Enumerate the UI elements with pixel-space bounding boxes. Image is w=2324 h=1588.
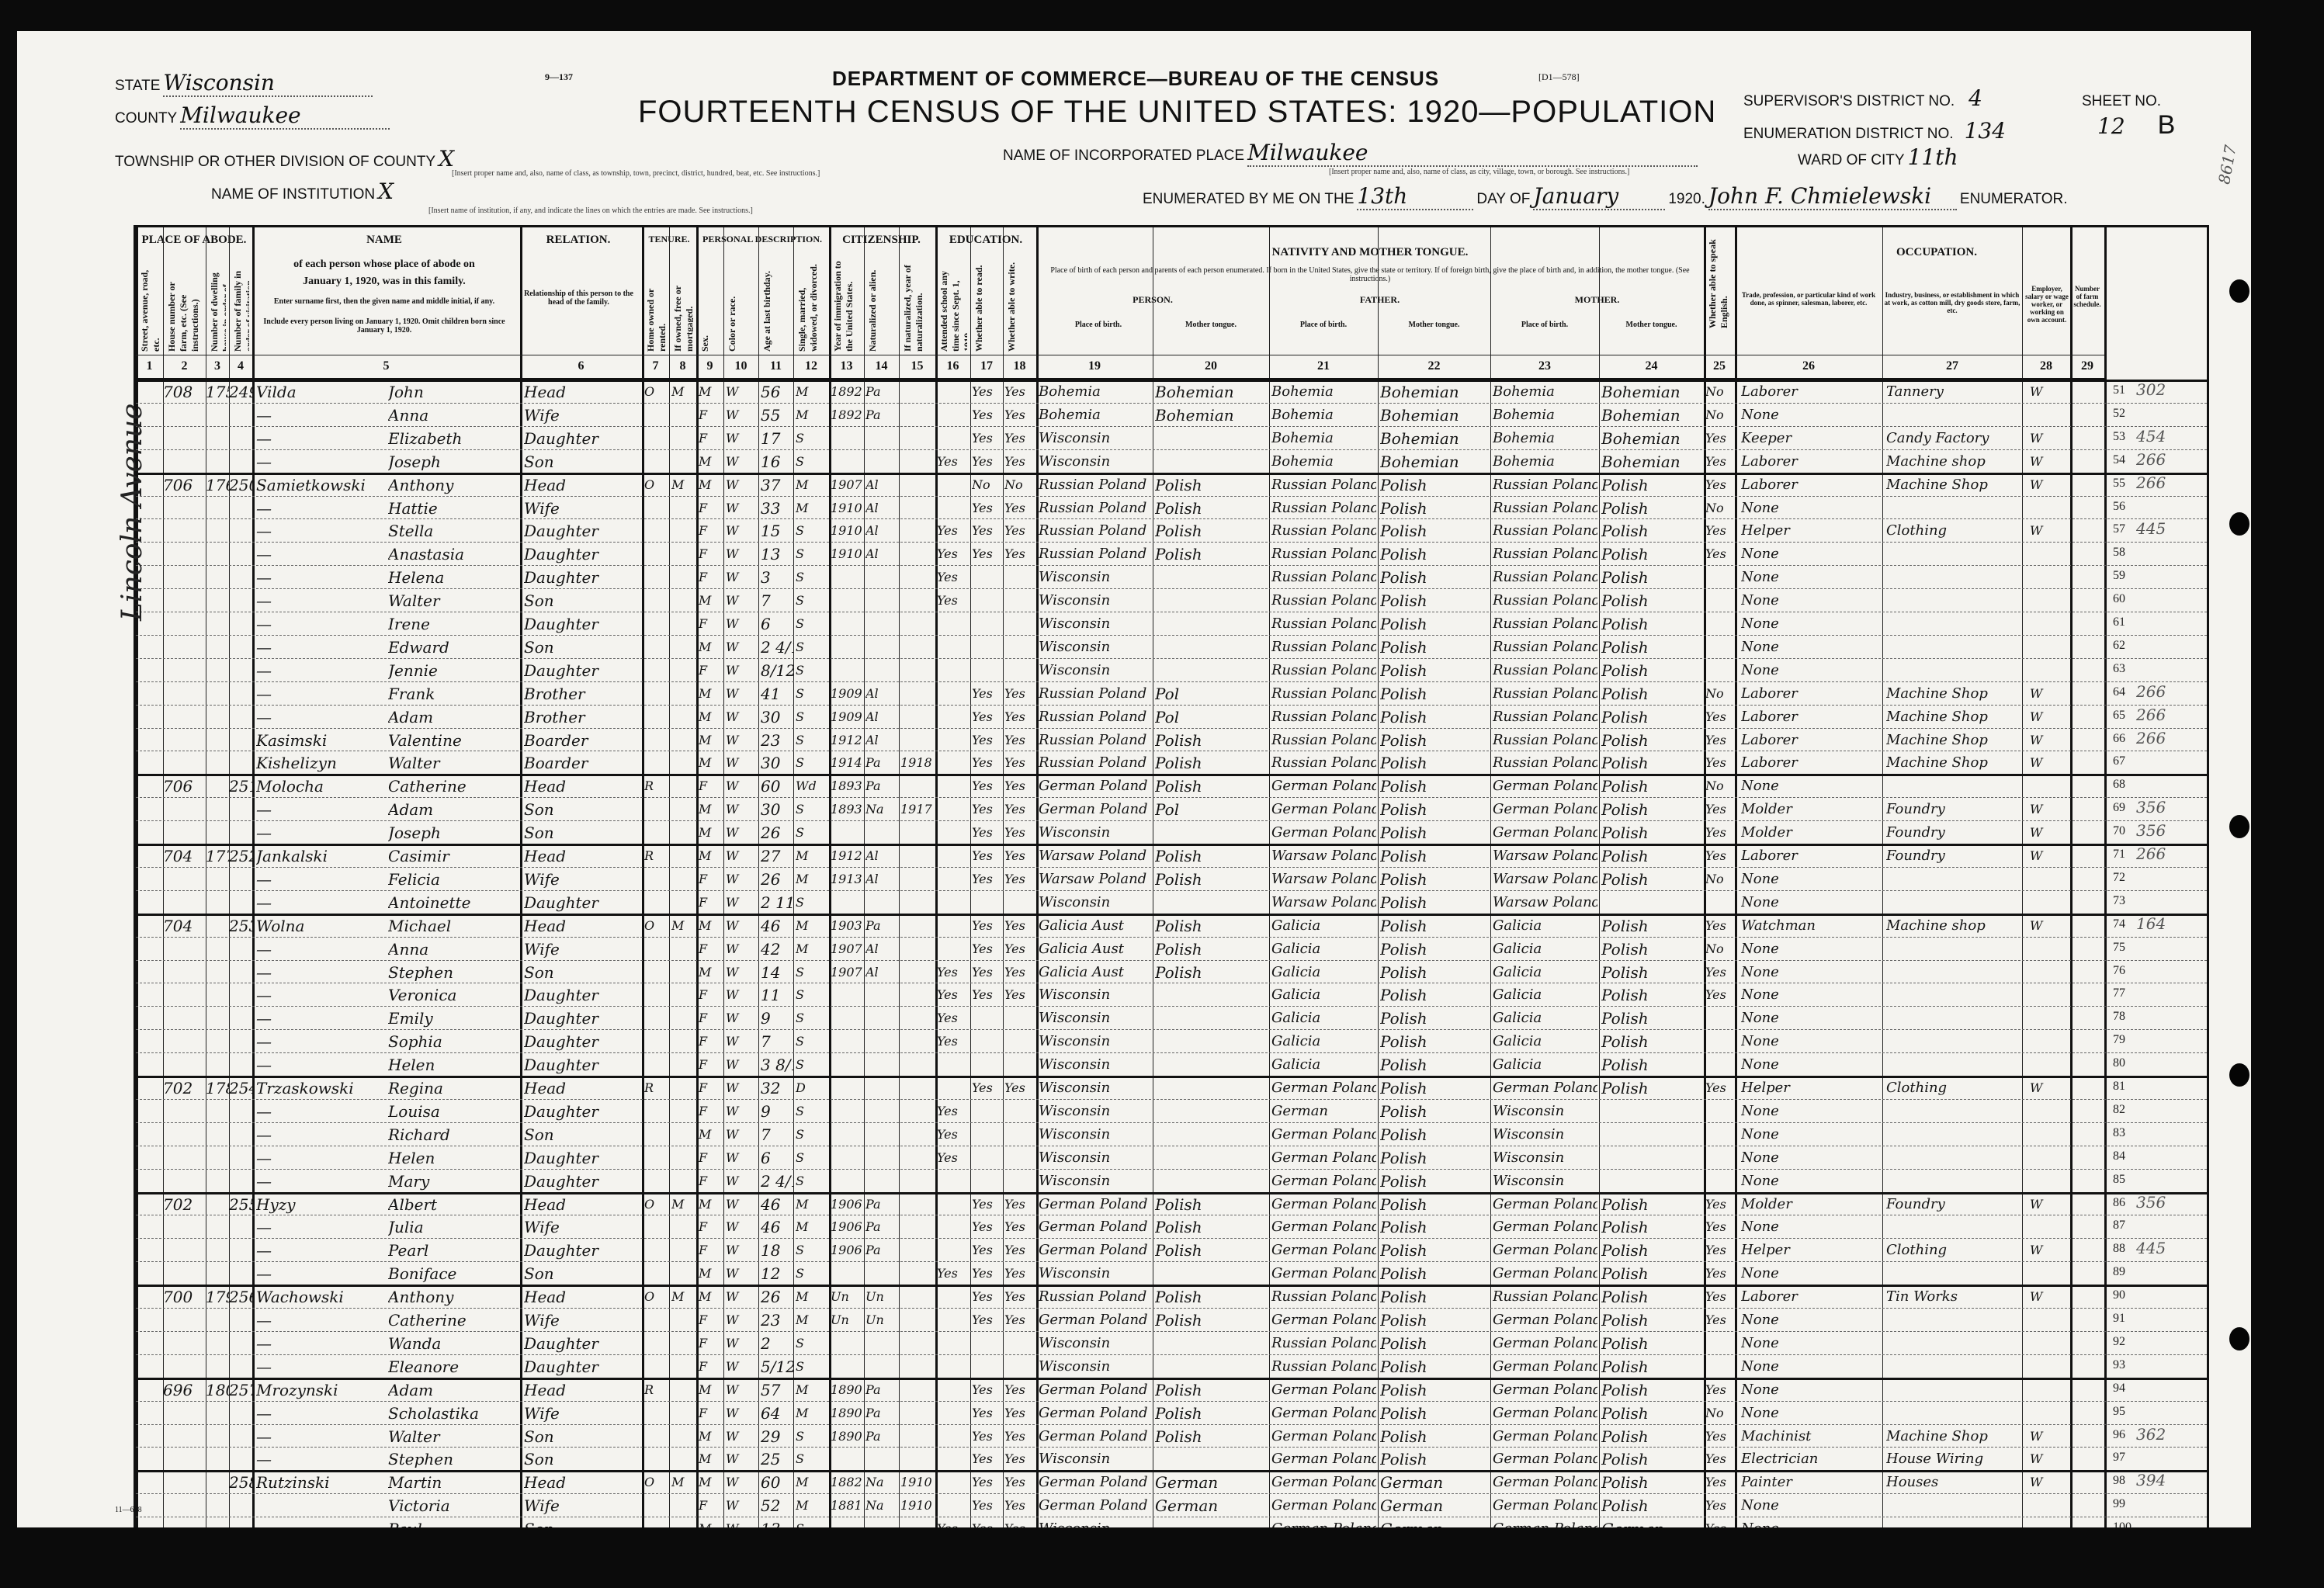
cell-trade: None [1741,1378,1881,1403]
cell-sex: M [699,449,722,474]
cell-industry: Tin Works [1886,1285,2022,1309]
census-row[interactable]: —AntoinetteDaughterFW2 11/12SWisconsinWa… [136,890,2104,914]
cell-english: Yes [1705,751,1735,775]
cell-ftongue: Polish [1380,1238,1489,1263]
cell-mtongue: Polish [1601,1238,1702,1263]
cell-sex: M [699,797,722,822]
cell-house: 702 [163,1192,206,1217]
cell-surname: — [256,890,388,915]
cell-write: Yes [1004,705,1035,730]
cell-class: W [2030,1192,2069,1217]
cell-surname: — [256,960,388,985]
cell-read: Yes [972,1493,1003,1518]
cell-ftongue: Polish [1380,820,1489,845]
cell-race: W [726,681,757,706]
incorporated-place-field: NAME OF INCORPORATED PLACE Milwaukee [1003,140,1698,167]
line-number: 55 [2113,477,2125,491]
cell-marital: S [796,1099,828,1124]
line-number: 59 [2113,569,2125,583]
sheet-number-field: SHEET NO. 12 B [2082,93,2175,140]
line-number: 80 [2113,1056,2125,1070]
cell-tongue: German [1155,1470,1268,1495]
census-row[interactable]: 706176250SamietkowskiAnthonyHeadOMMW37M1… [136,473,2104,496]
census-row[interactable]: —FrankBrotherMW41S1909AlYesYesRussian Po… [136,681,2104,705]
margin-occupation-code: 266 [2136,844,2166,863]
census-row[interactable]: —FeliciaWifeFW26M1913AlYesYesWarsaw Pola… [136,867,2104,890]
institution-instruction: [Insert name of institution, if any, and… [428,206,753,215]
cell-school: Yes [937,588,969,613]
census-row[interactable]: —HelenaDaughterFW3SYesWisconsinRussian P… [136,565,2104,588]
cell-age: 3 [761,565,793,590]
cell-ftongue: Polish [1380,612,1489,636]
cell-trade: Laborer [1741,751,1881,775]
cell-fpob: German [1271,1099,1376,1124]
cell-sex: M [699,728,722,753]
enumeration-date-field: ENUMERATED BY ME ON THE 13th DAY OF Janu… [1143,183,2068,210]
cell-age: 9 [761,1099,793,1124]
census-row[interactable]: —HattieWifeFW33M1910AlYesYesRussian Pola… [136,496,2104,519]
cell-family: 252 [229,844,252,869]
census-row[interactable]: 708175249VildaJohnHeadOMMW56M1892PaYesYe… [136,380,2104,403]
census-row[interactable]: —WalterSonMW29S1890PaYesYesGerman Poland… [136,1424,2104,1448]
cell-pob: Russian Poland [1039,473,1151,498]
cell-surname: — [256,1261,388,1286]
cell-ftongue: Polish [1380,1215,1489,1240]
column-divider [2104,227,2107,1543]
cell-sex: M [699,635,722,660]
cell-trade: Machinist [1741,1424,1881,1449]
cell-pob: Wisconsin [1039,1052,1151,1077]
cell-trade: None [1741,1261,1881,1286]
cell-given: Casimir [388,844,520,869]
cell-marital: M [796,937,828,962]
cell-fpob: Russian Poland [1271,1354,1376,1379]
cell-pob: German Poland [1039,1192,1151,1217]
census-row[interactable]: —SophiaDaughterFW7SYesWisconsinGaliciaPo… [136,1029,2104,1052]
census-row[interactable]: —AdamSonMW30S1893Na1917YesYesGerman Pola… [136,797,2104,820]
cell-ftongue: Polish [1380,1331,1489,1356]
cell-surname: Kishelizyn [256,751,388,775]
street-name: Lincoln Avenue [116,404,148,621]
cell-write: No [1004,473,1035,498]
census-row[interactable]: —JosephSonMW26SYesYesWisconsinGerman Pol… [136,820,2104,844]
cell-fpob: Russian Poland [1271,635,1376,660]
census-row[interactable]: 704253WolnaMichaelHeadOMMW46M1903PaYesYe… [136,914,2104,937]
cell-english: Yes [1705,542,1735,567]
cell-own: O [644,914,668,938]
margin-occupation-code: 454 [2136,427,2166,446]
cell-fpob: Russian Poland [1271,473,1376,498]
cell-industry: Machine Shop [1886,681,2022,706]
cell-marital: M [796,1192,828,1217]
cell-ftongue: Bohemian [1380,426,1489,451]
cell-fpob: Galicia [1271,1029,1376,1054]
cell-natyr: 1910 [900,1470,935,1495]
cell-relation: Wife [524,937,640,962]
cell-mtongue: Polish [1601,496,1702,521]
cell-age: 42 [761,937,793,962]
cell-age: 25 [761,1447,793,1472]
cell-given: Sophia [388,1029,520,1054]
cell-class: W [2030,1447,2069,1472]
census-row[interactable]: —StephenSonMW25SYesYesWisconsinGerman Po… [136,1447,2104,1470]
cell-given: Julia [388,1215,520,1240]
cell-relation: Son [524,635,640,660]
cell-race: W [726,774,757,799]
cell-age: 33 [761,496,793,521]
cell-own: O [644,1285,668,1309]
census-row[interactable]: —IreneDaughterFW6SWisconsinRussian Polan… [136,612,2104,635]
cell-sex: M [699,820,722,845]
cell-mtongue: Polish [1601,774,1702,799]
cell-nat: Pa [865,403,899,428]
column-number: 11 [758,359,793,373]
cell-ftongue: Polish [1380,914,1489,938]
cell-pob: Bohemia [1039,380,1151,404]
cell-mpob: German Poland [1493,820,1597,845]
cell-age: 32 [761,1076,793,1101]
cell-ftongue: Polish [1380,473,1489,498]
cell-mpob: Russian Poland [1493,635,1597,660]
cell-mpob: German Poland [1493,1238,1597,1263]
cell-given: Helen [388,1146,520,1170]
cell-ftongue: German [1380,1470,1489,1495]
cell-trade: Laborer [1741,449,1881,474]
cell-immig: 1890 [831,1401,864,1426]
census-row[interactable]: KishelizynWalterBoarderMW30S1914Pa1918Ye… [136,751,2104,774]
binder-hole [2229,815,2249,838]
census-row[interactable]: VictoriaWifeFW52M1881Na1910YesYesGerman … [136,1493,2104,1517]
census-row[interactable]: 696180257MrozynskiAdamHeadRMW57M1890PaYe… [136,1378,2104,1401]
cell-given: Anna [388,937,520,962]
cell-pob: Wisconsin [1039,658,1151,683]
cell-read: Yes [972,380,1003,404]
cell-family: 258 [229,1470,252,1495]
census-row[interactable]: —AnnaWifeFW55M1892PaYesYesBohemiaBohemia… [136,403,2104,426]
cell-pob: German Poland [1039,1470,1151,1495]
cell-mpob: Galicia [1493,937,1597,962]
cell-pob: Russian Poland [1039,518,1151,543]
column-header-c17: Whether able to read. [973,258,1000,352]
cell-given: Mary [388,1169,520,1194]
column-number: 28 [2022,359,2070,373]
cell-fpob: German Poland [1271,1076,1376,1101]
farm-schedule-header: Number of farm schedule. [2072,285,2103,308]
census-table: PLACE OF ABODE. NAME RELATION. TENURE. P… [134,225,2209,1545]
cell-trade: Laborer [1741,473,1881,498]
line-number: 96 [2113,1428,2125,1442]
cell-natyr: 1910 [900,1493,935,1518]
cell-age: 2 [761,1331,793,1356]
census-row[interactable]: —EleanoreDaughterFW5/12SWisconsinRussian… [136,1354,2104,1378]
cell-mpob: Russian Poland [1493,588,1597,613]
census-row[interactable]: —JuliaWifeFW46M1906PaYesYesGerman Poland… [136,1215,2104,1238]
census-row[interactable]: —WandaDaughterFW2SWisconsinRussian Polan… [136,1331,2104,1354]
cell-read: Yes [972,1215,1003,1240]
cell-nat: Al [865,681,899,706]
cell-read: Yes [972,518,1003,543]
census-row[interactable]: —RichardSonMW7SYesWisconsinGerman Poland… [136,1122,2104,1146]
cell-immig: 1907 [831,473,864,498]
cell-class: W [2030,1076,2069,1101]
census-row[interactable]: —ScholastikaWifeFW64M1890PaYesYesGerman … [136,1401,2104,1424]
cell-surname: Jankalski [256,844,388,869]
cell-given: Walter [388,588,520,613]
employer-header: Employer, salary or wage worker, or work… [2024,285,2070,324]
cell-mtongue: Polish [1601,1006,1702,1031]
cell-relation: Head [524,1076,640,1101]
cell-fpob: German Poland [1271,820,1376,845]
line-number: 51 [2113,383,2125,397]
census-row[interactable]: 702255HyzyAlbertHeadOMMW46M1906PaYesYesG… [136,1192,2104,1215]
cell-tongue: Polish [1155,751,1268,775]
cell-english: Yes [1705,797,1735,822]
cell-trade: Laborer [1741,681,1881,706]
column-number: 23 [1490,359,1599,373]
census-title: FOURTEENTH CENSUS OF THE UNITED STATES: … [638,95,1716,130]
cell-mort: M [671,1470,695,1495]
cell-fpob: Russian Poland [1271,1331,1376,1356]
cell-ftongue: Polish [1380,518,1489,543]
cell-immig: 1890 [831,1378,864,1403]
cell-pob: Russian Poland [1039,1285,1151,1309]
cell-ftongue: Polish [1380,542,1489,567]
cell-fpob: German Poland [1271,1261,1376,1286]
cell-fpob: Russian Poland [1271,612,1376,636]
cell-nat: Pa [865,774,899,799]
cell-marital: M [796,1215,828,1240]
cell-surname: Wachowski [256,1285,388,1309]
census-row[interactable]: —HelenDaughterFW6SYesWisconsinGerman Pol… [136,1146,2104,1169]
cell-relation: Daughter [524,1238,640,1263]
group-place-of-abode: PLACE OF ABODE. [136,234,252,247]
cell-mpob: German Poland [1493,1192,1597,1217]
cell-mpob: Russian Poland [1493,612,1597,636]
census-row[interactable]: 706251MolochaCatherineHeadRFW60Wd1893PaY… [136,774,2104,797]
cell-mpob: Bohemia [1493,426,1597,451]
cell-race: W [726,658,757,683]
cell-tongue: Polish [1155,1401,1268,1426]
census-row[interactable]: —AnastasiaDaughterFW13S1910AlYesYesYesRu… [136,542,2104,565]
census-row[interactable]: —AdamBrotherMW30S1909AlYesYesRussian Pol… [136,705,2104,728]
cell-tongue: Polish [1155,728,1268,753]
census-row[interactable]: —AnnaWifeFW42M1907AlYesYesGalicia AustPo… [136,937,2104,960]
census-row[interactable]: 700179256WachowskiAnthonyHeadOMMW26MUnUn… [136,1285,2104,1308]
column-header-c12: Single, married, widowed, or divorced. [796,258,826,352]
cell-marital: M [796,473,828,498]
cell-relation: Wife [524,1215,640,1240]
cell-tongue: Polish [1155,1215,1268,1240]
cell-tongue: Bohemian [1155,403,1268,428]
cell-race: W [726,1470,757,1495]
cell-fpob: German Poland [1271,1447,1376,1472]
cell-race: W [726,1378,757,1403]
cell-pob: German Poland [1039,797,1151,822]
cell-age: 3 8/12 [761,1052,793,1077]
column-number: 16 [935,359,970,373]
cell-write: Yes [1004,1076,1035,1101]
cell-mpob: German Poland [1493,1331,1597,1356]
margin-occupation-code: 362 [2136,1425,2166,1444]
cell-fpob: Russian Poland [1271,496,1376,521]
cell-immig: 1910 [831,542,864,567]
census-row[interactable]: —LouisaDaughterFW9SYesWisconsinGermanPol… [136,1099,2104,1122]
line-number: 71 [2113,848,2125,862]
cell-sex: F [699,542,722,567]
cell-mpob: Russian Poland [1493,1285,1597,1309]
column-header-c11: Age at last birthday. [761,258,790,352]
cell-tongue: Polish [1155,774,1268,799]
cell-mtongue: Bohemian [1601,449,1702,474]
cell-mpob: Wisconsin [1493,1169,1597,1194]
census-row[interactable]: —ElizabethDaughterFW17SYesYesWisconsinBo… [136,426,2104,449]
cell-write: Yes [1004,751,1035,775]
cell-race: W [726,1215,757,1240]
cell-age: 2 4/12 [761,1169,793,1194]
census-row[interactable]: —EmilyDaughterFW9SYesWisconsinGaliciaPol… [136,1006,2104,1029]
cell-marital: M [796,867,828,892]
column-header-c16: Attended school any time since Sept. 1, … [938,258,967,352]
cell-tongue: Polish [1155,1285,1268,1309]
cell-read: Yes [972,496,1003,521]
cell-own: O [644,1470,668,1495]
cell-write: Yes [1004,449,1035,474]
cell-sex: F [699,774,722,799]
cell-race: W [726,914,757,938]
cell-english: Yes [1705,1238,1735,1263]
cell-write: Yes [1004,1493,1035,1518]
cell-mpob: Russian Poland [1493,473,1597,498]
cell-nat: Al [865,960,899,985]
cell-read: Yes [972,1285,1003,1309]
cell-marital: S [796,1424,828,1449]
cell-fpob: Warsaw Poland [1271,890,1376,915]
cell-surname: — [256,1052,388,1077]
cell-race: W [726,844,757,869]
cell-surname: Samietkowski [256,473,388,498]
cell-relation: Brother [524,705,640,730]
census-row[interactable]: —WalterSonMW7SYesWisconsinRussian Poland… [136,588,2104,612]
cell-read: Yes [972,681,1003,706]
line-number: 99 [2113,1497,2125,1511]
cell-write: Yes [1004,774,1035,799]
cell-tongue: Polish [1155,518,1268,543]
cell-nat: Al [865,844,899,869]
cell-read: Yes [972,1424,1003,1449]
census-row[interactable]: 702178254TrzaskowskiReginaHeadRFW32DYesY… [136,1076,2104,1099]
cell-mtongue: Polish [1601,1192,1702,1217]
census-row[interactable]: —HelenDaughterFW3 8/12SWisconsinGaliciaP… [136,1052,2104,1076]
cell-ftongue: Polish [1380,1308,1489,1333]
cell-immig: 1906 [831,1238,864,1263]
column-number: 7 [642,359,669,373]
column-header-c4: Number of family in order of visitation. [232,258,249,352]
census-row[interactable]: —JennieDaughterFW8/12SWisconsinRussian P… [136,658,2104,681]
cell-mpob: Galicia [1493,1006,1597,1031]
cell-sex: M [699,1424,722,1449]
census-row[interactable]: —JosephSonMW16SYesYesYesWisconsinBohemia… [136,449,2104,473]
cell-pob: Wisconsin [1039,565,1151,590]
census-row[interactable]: —BonifaceSonMW12SYesYesYesWisconsinGerma… [136,1261,2104,1285]
cell-fpob: Russian Poland [1271,658,1376,683]
cell-marital: S [796,518,828,543]
census-row[interactable]: —StephenSonMW14S1907AlYesYesYesGalicia A… [136,960,2104,983]
person-tongue-header: Mother tongue. [1153,321,1269,329]
cell-sex: F [699,1331,722,1356]
cell-mtongue: Polish [1601,1052,1702,1077]
cell-read: Yes [972,937,1003,962]
line-number: 53 [2113,430,2125,444]
cell-age: 56 [761,380,793,404]
cell-read: Yes [972,983,1003,1007]
cell-english: Yes [1705,1424,1735,1449]
census-row[interactable]: —VeronicaDaughterFW11SYesYesYesWisconsin… [136,983,2104,1006]
cell-immig: 1913 [831,867,864,892]
census-row[interactable]: 704177252JankalskiCasimirHeadRMW27M1912A… [136,844,2104,867]
group-mother: MOTHER. [1490,294,1704,306]
cell-age: 37 [761,473,793,498]
cell-school: Yes [937,983,969,1007]
census-row[interactable]: —MaryDaughterFW2 4/12SWisconsinGerman Po… [136,1169,2104,1192]
cell-race: W [726,403,757,428]
census-row[interactable]: —StellaDaughterFW15S1910AlYesYesYesRussi… [136,518,2104,542]
cell-sex: F [699,1006,722,1031]
census-row[interactable]: —PearlDaughterFW18S1906PaYesYesGerman Po… [136,1238,2104,1261]
cell-industry: Machine shop [1886,914,2022,938]
cell-write: Yes [1004,937,1035,962]
county-field: COUNTY Milwaukee [115,102,390,130]
cell-read: Yes [972,1378,1003,1403]
cell-family: 257 [229,1378,252,1403]
cell-mtongue: Polish [1601,1331,1702,1356]
cell-write: Yes [1004,1285,1035,1309]
cell-english: Yes [1705,1470,1735,1495]
cell-immig: 1892 [831,380,864,404]
cell-dwelling: 175 [206,380,229,404]
cell-immig: 1907 [831,960,864,985]
cell-relation: Daughter [524,1029,640,1054]
census-row[interactable]: —CatherineWifeFW23MUnUnYesYesGerman Pola… [136,1308,2104,1331]
group-occupation: OCCUPATION. [1735,246,2138,259]
cell-surname: — [256,565,388,590]
margin-annotation: 8617 [2215,144,2239,185]
census-row[interactable]: KasimskiValentineBoarderMW23S1912AlYesYe… [136,728,2104,751]
cell-family: 253 [229,914,252,938]
cell-age: 2 11/12 [761,890,793,915]
cell-read: Yes [972,844,1003,869]
cell-surname: — [256,1215,388,1240]
cell-trade: None [1741,1146,1881,1170]
cell-race: W [726,565,757,590]
cell-given: Veronica [388,983,520,1007]
cell-house: 702 [163,1076,206,1101]
cell-relation: Daughter [524,1006,640,1031]
cell-fpob: German Poland [1271,1192,1376,1217]
cell-age: 16 [761,449,793,474]
cell-marital: S [796,1238,828,1263]
census-row[interactable]: —EdwardSonMW2 4/12SWisconsinRussian Pola… [136,635,2104,658]
line-number: 69 [2113,801,2125,815]
cell-school: Yes [937,1261,969,1286]
cell-marital: S [796,542,828,567]
census-row[interactable]: 258RutzinskiMartinHeadOMMW60M1882Na1910Y… [136,1470,2104,1493]
cell-pob: Russian Poland [1039,681,1151,706]
cell-trade: Molder [1741,797,1881,822]
cell-ftongue: Polish [1380,867,1489,892]
cell-marital: M [796,1401,828,1426]
mother-tongue-header: Mother tongue. [1599,321,1704,329]
cell-relation: Daughter [524,1052,640,1077]
